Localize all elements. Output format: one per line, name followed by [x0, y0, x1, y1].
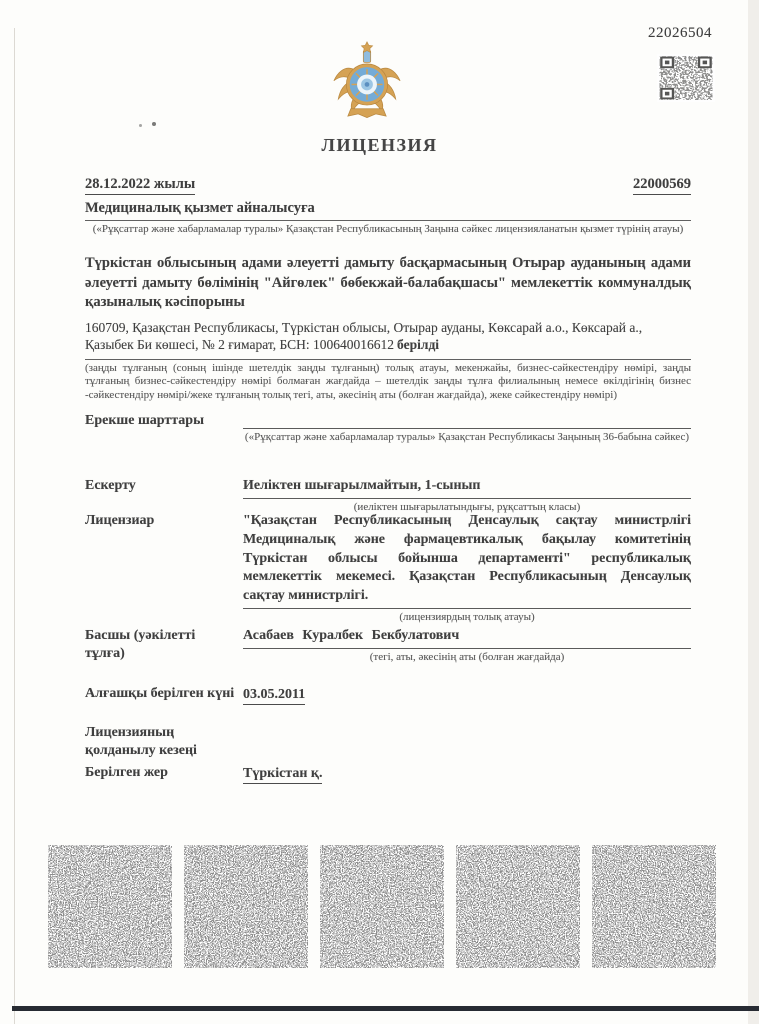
field-label: Ерекше шарттары: [85, 412, 243, 430]
scan-edge-left: [14, 28, 15, 1024]
field-place-of-issue: Берілген жер Түркістан қ.: [85, 764, 691, 784]
field-label: Лицензияның қолданылу кезеңі: [85, 724, 207, 759]
licensee-address-text: 160709, Қазақстан Республикасы, Түркіста…: [85, 320, 642, 353]
barcode-block: [456, 845, 580, 968]
license-number: 22000569: [633, 176, 691, 195]
field-label: Басшы (уәкілетті тұлға): [85, 627, 243, 662]
head-person-name: Асабаев Куралбек Бекбулатович: [243, 627, 691, 649]
field-label: Лицензиар: [85, 512, 243, 530]
field-value: («Рұқсаттар және хабарламалар туралы» Қа…: [243, 412, 691, 445]
activity-name: Медициналық қызмет айналысуға: [85, 200, 691, 217]
field-label: Берілген жер: [85, 764, 243, 782]
issued-word: берілді: [397, 337, 439, 352]
licensee-address: 160709, Қазақстан Республикасы, Түркіста…: [85, 319, 691, 354]
field-note: Ескерту Иеліктен шығарылмайтын, 1-сынып …: [85, 477, 691, 514]
issue-date: 28.12.2022 жылы: [85, 176, 195, 195]
licensee-name: Түркістан облысының адами әлеуетті дамыт…: [85, 254, 691, 313]
field-validity-period: Лицензияның қолданылу кезеңі: [85, 724, 691, 759]
field-caption: («Рұқсаттар және хабарламалар туралы» Қа…: [243, 431, 691, 445]
field-value: Иеліктен шығарылмайтын, 1-сынып (иелікте…: [243, 477, 691, 514]
activity-section: Медициналық қызмет айналысуға («Рұқсатта…: [85, 200, 691, 237]
field-value: Асабаев Куралбек Бекбулатович (тегі, аты…: [243, 627, 691, 664]
place-of-issue-value: Түркістан қ.: [243, 766, 322, 784]
license-document-page: 22026504: [0, 0, 759, 1024]
empty-value-line: [243, 412, 691, 429]
field-first-issue-date: Алғашқы берілген күні 03.05.2011: [85, 685, 691, 705]
activity-caption: («Рұқсаттар және хабарламалар туралы» Қа…: [85, 223, 691, 237]
licensee-caption: (заңды тұлғаның (соның ішінде шетелдік з…: [85, 362, 691, 403]
field-value: 03.05.2011: [243, 685, 691, 705]
barcode-block: [48, 845, 172, 968]
divider-line: [85, 220, 691, 221]
licensee-section: Түркістан облысының адами әлеуетті дамыт…: [85, 254, 691, 402]
barcode-block: [320, 845, 444, 968]
first-issue-date-value: 03.05.2011: [243, 687, 305, 705]
field-licensor: Лицензиар "Қазақстан Республикасының Ден…: [85, 512, 691, 625]
field-value: "Қазақстан Республикасының Денсаулық сақ…: [243, 512, 691, 625]
field-head-person: Басшы (уәкілетті тұлға) Асабаев Куралбек…: [85, 627, 691, 664]
divider-line: [85, 359, 691, 360]
barcode-block: [592, 845, 716, 968]
barcode-block: [184, 845, 308, 968]
licensor-value: "Қазақстан Республикасының Денсаулық сақ…: [243, 512, 691, 609]
scan-edge-bottom: [12, 1006, 759, 1011]
field-caption: (лицензиярдың толық атауы): [243, 611, 691, 625]
field-special-conditions: Ерекше шарттары («Рұқсаттар және хабарла…: [85, 412, 691, 445]
note-value: Иеліктен шығарылмайтын, 1-сынып: [243, 477, 691, 499]
field-caption: (тегі, аты, әкесінің аты (болған жағдайд…: [243, 651, 691, 665]
field-label: Ескерту: [85, 477, 243, 495]
field-value: Түркістан қ.: [243, 764, 691, 784]
field-label: Алғашқы берілген күні: [85, 685, 243, 703]
issue-meta-row: 28.12.2022 жылы 22000569: [85, 176, 691, 195]
barcode-strip: [48, 845, 716, 968]
